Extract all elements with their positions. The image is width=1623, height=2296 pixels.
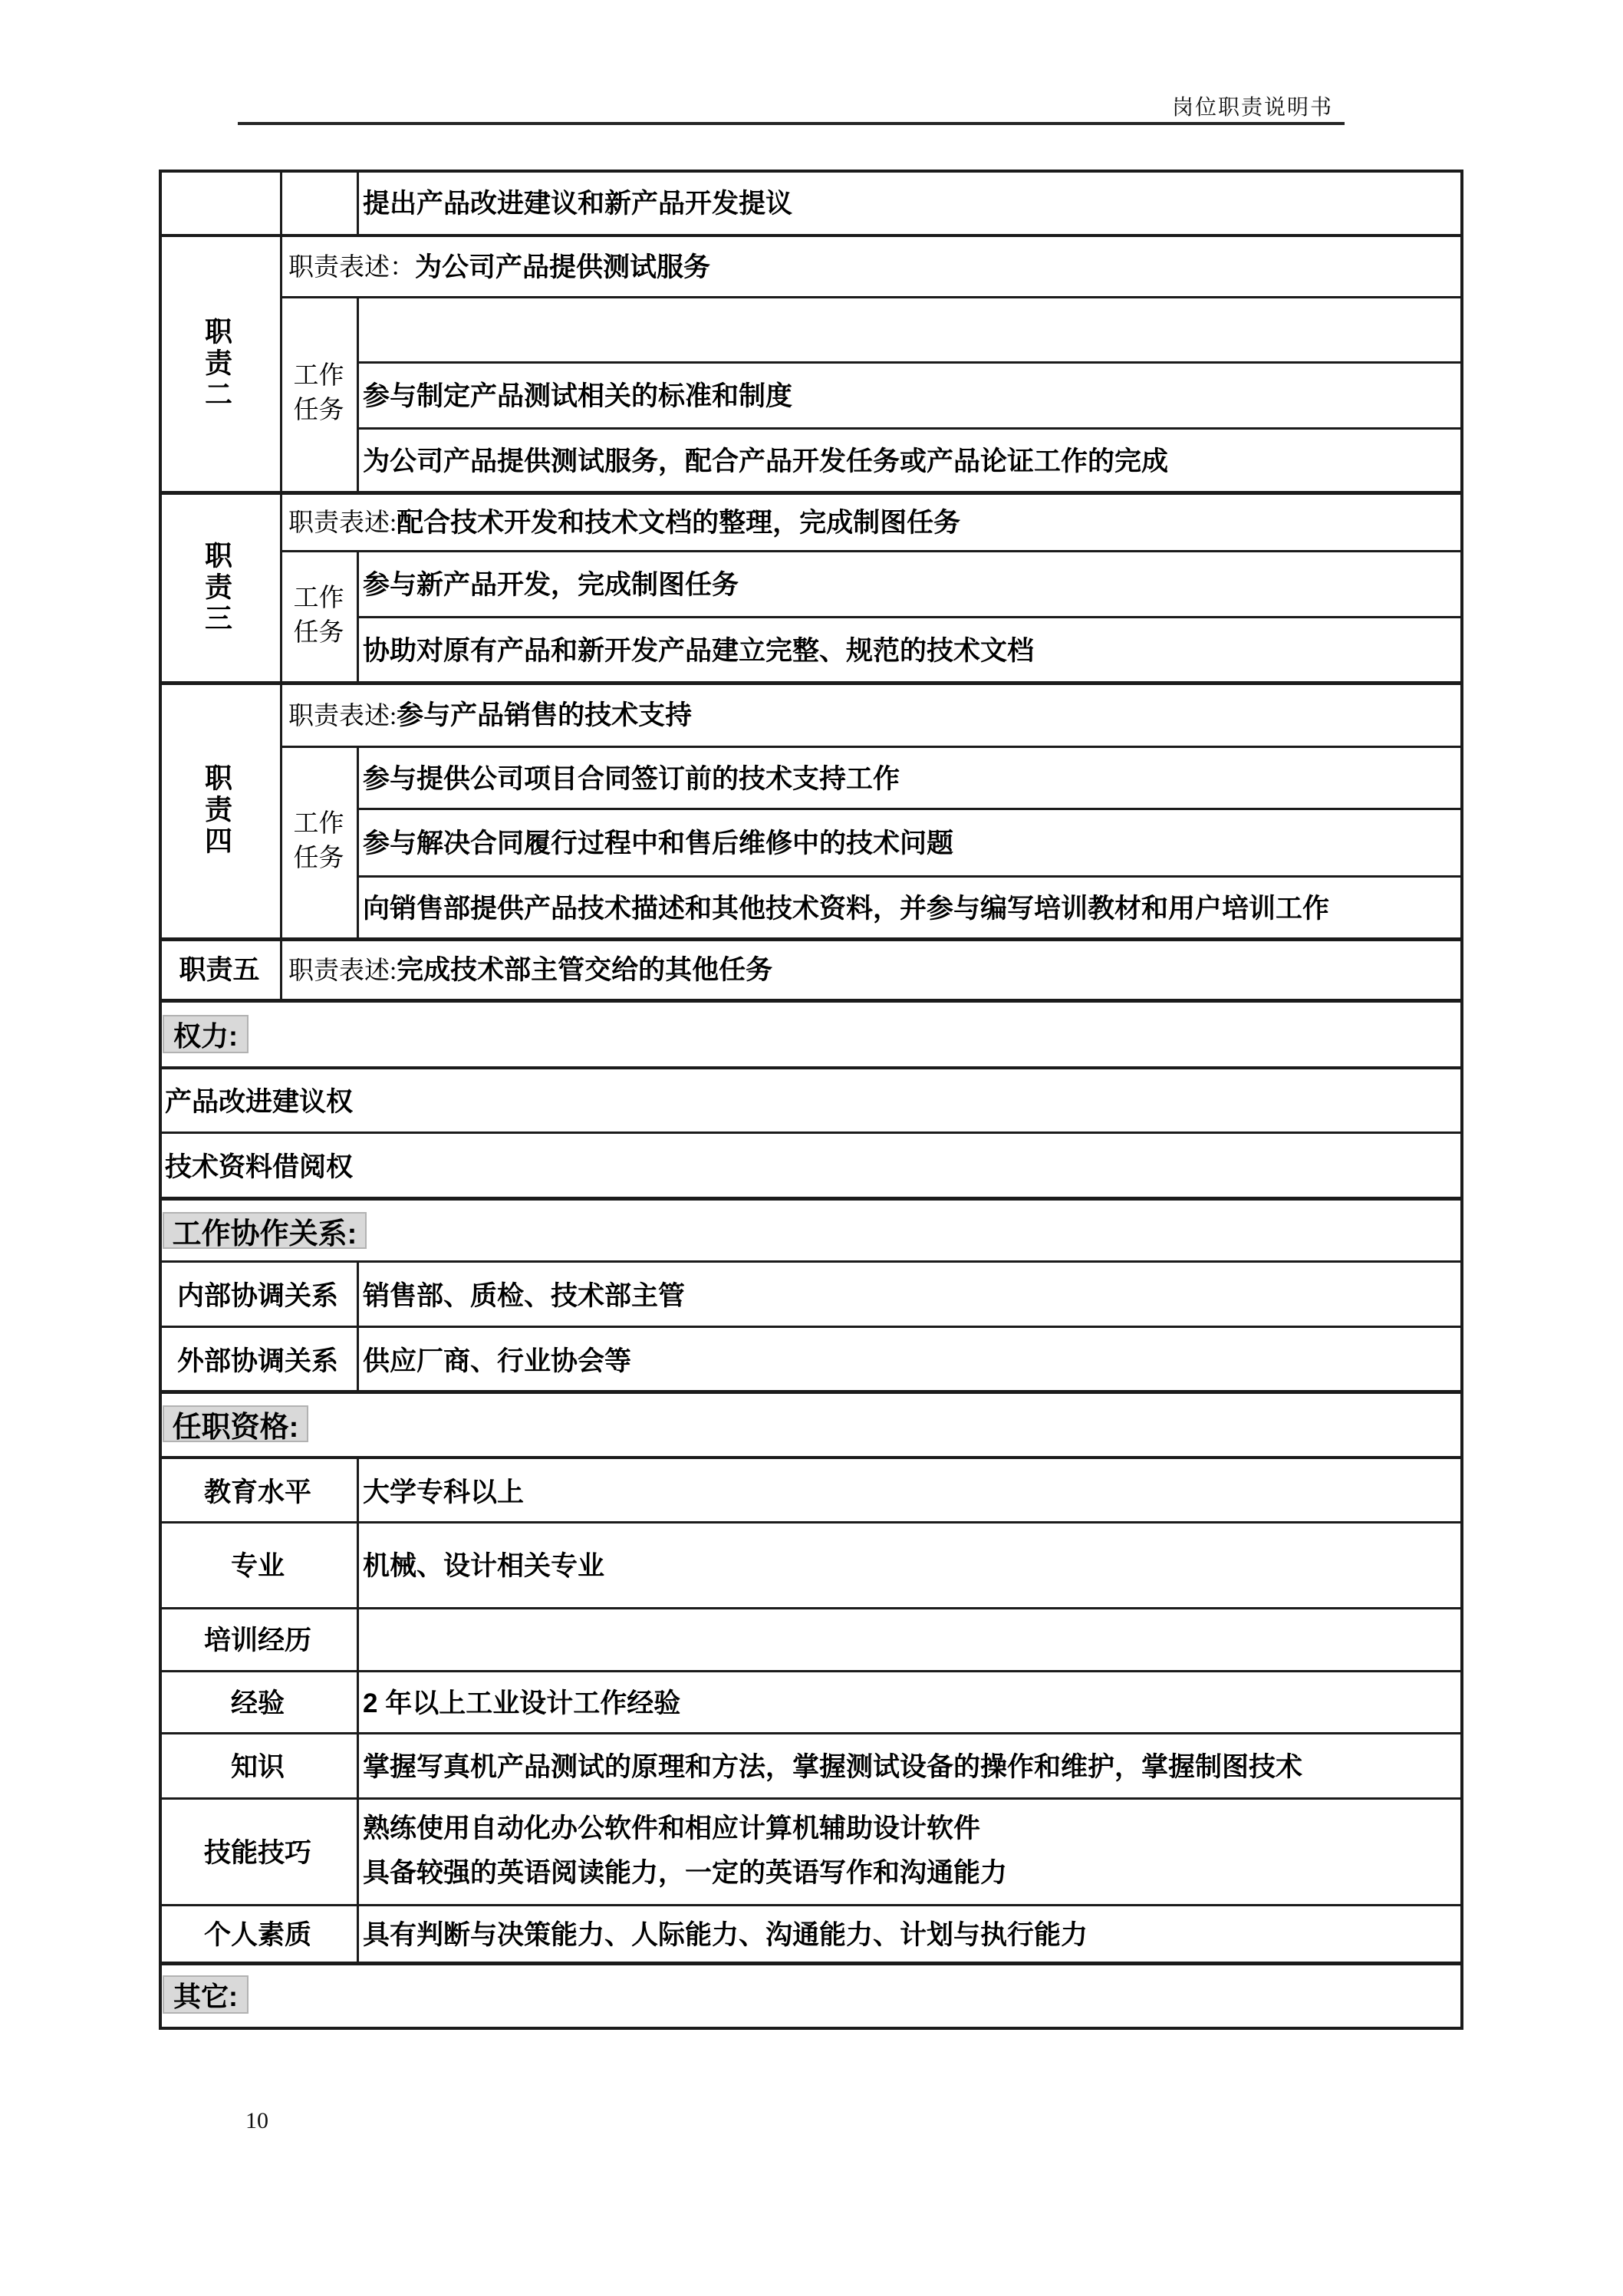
- duty-desc-label: 职责表述:: [288, 502, 397, 539]
- table-border-v: [1460, 170, 1463, 2030]
- header-rule: [238, 122, 1345, 125]
- duty5-desc: 完成技术部主管交给的其他任务: [397, 949, 772, 987]
- authority-item: 技术资料借阅权: [159, 1134, 1460, 1197]
- qualification-row-value: 2 年以上工业设计工作经验: [357, 1670, 1460, 1732]
- duty4-task-row: 参与提供公司项目合同签订前的技术支持工作: [357, 746, 1460, 808]
- qualification-row-label: 专业: [159, 1521, 357, 1607]
- coordination-section-label: 工作协作关系:: [163, 1212, 367, 1249]
- qualification-row-value: 机械、设计相关专业: [357, 1521, 1460, 1607]
- duty5-desc-row: 职责表述: 完成技术部主管交给的其他任务: [282, 937, 1460, 999]
- coordination-row-value: 销售部、质检、技术部主管: [357, 1263, 1460, 1326]
- skills-line: 具备较强的英语阅读能力，一定的英语写作和沟通能力: [363, 1851, 1007, 1896]
- duty3-desc-row: 职责表述: 配合技术开发和技术文档的整理，完成制图任务: [282, 491, 1460, 550]
- duty4-task-row: 参与解决合同履行过程中和售后维修中的技术问题: [357, 808, 1460, 875]
- duty2-task-row: [357, 296, 1460, 361]
- duty-desc-label: 职责表述:: [288, 696, 397, 732]
- duty3-desc: 配合技术开发和技术文档的整理，完成制图任务: [397, 502, 960, 540]
- duty4-tasks-label: 工作任务: [282, 746, 357, 937]
- qualifications-section-label: 任职资格:: [163, 1405, 308, 1442]
- duty4-task-row: 向销售部提供产品技术描述和其他技术资料，并参与编写培训教材和用户培训工作: [357, 875, 1460, 937]
- duty2-name: 职责二: [190, 236, 244, 491]
- qualification-row-value: [357, 1607, 1460, 1670]
- duty4-name: 职责四: [190, 684, 244, 937]
- duty-desc-label: 职责表述：: [288, 247, 415, 283]
- duty2-task-row: 参与制定产品测试相关的标准和制度: [357, 361, 1460, 427]
- coordination-row-label: 外部协调关系: [159, 1328, 357, 1390]
- duty-desc-label: 职责表述:: [288, 950, 397, 987]
- duty2-tasks-label: 工作任务: [282, 296, 357, 491]
- qualification-row-label: 个人素质: [159, 1904, 357, 1962]
- coordination-row-label: 内部协调关系: [159, 1263, 357, 1326]
- duty3-task-row: 协助对原有产品和新开发产品建立完整、规范的技术文档: [357, 616, 1460, 681]
- authority-item: 产品改进建议权: [159, 1069, 1460, 1132]
- duty2-desc-row: 职责表述：为公司产品提供测试服务: [282, 234, 1460, 296]
- duty2-task-row: 为公司产品提供测试服务，配合产品开发任务或产品论证工作的完成: [357, 427, 1460, 491]
- qualification-row-label: 培训经历: [159, 1607, 357, 1670]
- table-border-h: [159, 999, 1463, 1003]
- table-border-h: [159, 1962, 1463, 1965]
- table-border-h: [159, 1197, 1463, 1201]
- duty5-name: 职责五: [159, 937, 280, 999]
- document-page: 岗位职责说明书 提出产品改进建议和新产品开发提议 职责二 职责表述：为公司产品提…: [0, 0, 1623, 2296]
- qualification-row-label: 经验: [159, 1670, 357, 1732]
- other-section-label: 其它:: [163, 1975, 249, 2014]
- qualification-row-label: 教育水平: [159, 1459, 357, 1521]
- table-border-h: [159, 2027, 1463, 2030]
- qualification-row-value: 掌握写真机产品测试的原理和方法，掌握测试设备的操作和维护，掌握制图技术: [357, 1732, 1460, 1797]
- qualification-row-value: 熟练使用自动化办公软件和相应计算机辅助设计软件 具备较强的英语阅读能力，一定的英…: [357, 1797, 1460, 1904]
- duty3-tasks-label: 工作任务: [282, 550, 357, 681]
- duty2-desc: 为公司产品提供测试服务: [415, 246, 710, 285]
- coordination-row-value: 供应厂商、行业协会等: [357, 1328, 1460, 1390]
- duty4-desc-row: 职责表述: 参与产品销售的技术支持: [282, 681, 1460, 746]
- qualification-row-value: 大学专科以上: [357, 1459, 1460, 1521]
- page-title: 岗位职责说明书: [1172, 91, 1333, 121]
- qualification-row-label: 技能技巧: [159, 1797, 357, 1904]
- authority-section-label: 权力:: [163, 1015, 249, 1053]
- table-border-h: [159, 1390, 1463, 1394]
- qualification-row-value: 具有判断与决策能力、人际能力、沟通能力、计划与执行能力: [357, 1904, 1460, 1962]
- duty3-name: 职责三: [190, 495, 244, 681]
- duty3-task-row: 参与新产品开发，完成制图任务: [357, 550, 1460, 616]
- page-number: 10: [245, 2108, 268, 2134]
- qualification-row-label: 知识: [159, 1732, 357, 1797]
- skills-line: 熟练使用自动化办公软件和相应计算机辅助设计软件: [363, 1807, 980, 1851]
- duty4-desc: 参与产品销售的技术支持: [397, 694, 692, 733]
- duty1-task: 提出产品改进建议和新产品开发提议: [357, 170, 1460, 234]
